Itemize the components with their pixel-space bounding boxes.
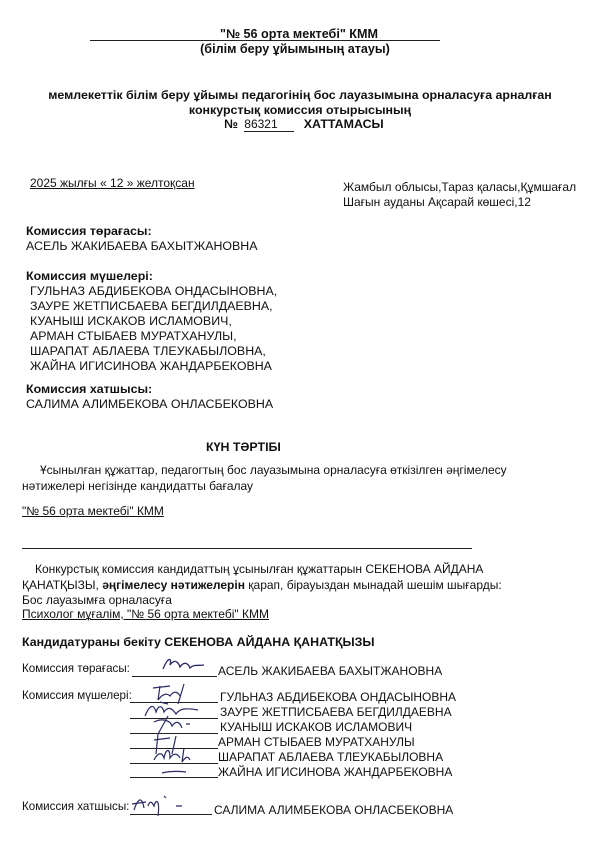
decision-line2: ҚАНАТҚЫЗЫ, әңгімелесу нәтижелерін қарап,…	[22, 578, 502, 592]
decision-separator	[22, 548, 472, 549]
decision-verb: қарап, бірауыздан мынадай шешім шығарды:	[245, 578, 502, 592]
secretary-label: Комиссия хатшысы:	[26, 382, 152, 396]
sig-member-2-name: ЗАУРЕ ЖЕТПИСБАЕВА БЕГДИЛДАЕВНА	[220, 705, 452, 719]
sig-members-label: Комиссия мүшелері:	[22, 689, 132, 702]
signature-member-6-icon	[160, 766, 200, 780]
member-1: ГУЛЬНАЗ АБДИБЕКОВА ОНДАСЫНОВНА,	[30, 284, 277, 298]
address-line1: Жамбыл облысы,Тараз қаласы,Құмшағал	[343, 180, 576, 194]
member-3: КУАНЫШ ИСКАКОВ ИСЛАМОВИЧ,	[30, 314, 232, 328]
member-4: АРМАН СТЫБАЕВ МУРАТХАНУЛЫ,	[30, 329, 237, 343]
agenda-text-line2: нәтижелері негізінде кандидатты бағалау	[22, 479, 253, 493]
meeting-date: 2025 жылғы « 12 » желтоқсан	[30, 176, 195, 190]
title-line1: мемлекеттік білім беру ұйымы педагогінің…	[0, 88, 600, 102]
members-label: Комиссия мүшелері:	[26, 269, 153, 283]
member-5: ШАРАПАТ АБЛАЕВА ТЛЕУКАБЫЛОВНА,	[30, 344, 266, 358]
sig-secretary-name: САЛИМА АЛИМБЕКОВА ОНЛАСБЕКОВНА	[214, 803, 453, 817]
address-line2: Шағын ауданы Ақсарай көшесі,12	[343, 195, 531, 209]
sig-member-6-name: ЖАЙНА ИГИСИНОВА ЖАНДАРБЕКОВНА	[218, 765, 452, 779]
interview-results: әңгімелесу нәтижелерін	[102, 578, 245, 592]
member-2: ЗАУРЕ ЖЕТПИСБАЕВА БЕГДИЛДАЕВНА,	[30, 299, 273, 313]
sig-member-1-name: ГУЛЬНАЗ АБДИБЕКОВА ОНДАСЫНОВНА	[220, 690, 456, 704]
agenda-heading: КҮН ТӘРТІБІ	[206, 440, 281, 454]
sig-member-5-name: ШАРАПАТ АБЛАЕВА ТЛЕУКАБЫЛОВНА	[218, 750, 443, 764]
sig-chair-name: АСЕЛЬ ЖАКИБАЕВА БАХЫТЖАНОВНА	[218, 664, 442, 678]
sig-member-4-name: АРМАН СТЫБАЕВ МУРАТХАНУЛЫ	[218, 735, 415, 749]
title-line2: конкурстық комиссия отырысының	[0, 103, 600, 117]
chair-name: АСЕЛЬ ЖАКИБАЕВА БАХЫТЖАНОВНА	[26, 239, 258, 253]
decision-line3: Бос лауазымға орналасуға	[22, 593, 172, 607]
sig-member-3-name: КУАНЫШ ИСКАКОВ ИСЛАМОВИЧ	[220, 720, 412, 734]
candidate-patronymic: ҚАНАТҚЫЗЫ,	[22, 578, 102, 592]
org-name: "№ 56 орта мектебі" КММ	[220, 27, 378, 41]
sig-chair-label: Комиссия төрағасы:	[22, 662, 130, 675]
agenda-org: "№ 56 орта мектебі" КММ	[22, 504, 164, 518]
protocol-title: ХАТТАМАСЫ	[304, 117, 384, 131]
protocol-number: 86321	[244, 117, 294, 132]
signature-secretary-icon	[130, 792, 200, 823]
approval-statement: Кандидатураны бекіту СЕКЕНОВА АЙДАНА ҚАН…	[22, 635, 375, 649]
sig-secretary-label: Комиссия хатшысы:	[22, 800, 129, 813]
position-title: Психолог мұғалім, "№ 56 орта мектебі" КМ…	[22, 607, 269, 621]
secretary-name: САЛИМА АЛИМБЕКОВА ОНЛАСБЕКОВНА	[26, 397, 273, 411]
member-6: ЖАЙНА ИГИСИНОВА ЖАНДАРБЕКОВНА	[30, 359, 272, 373]
signature-chair-icon	[160, 655, 210, 678]
decision-line1: Конкурстық комиссия кандидаттың ұсынылға…	[35, 562, 483, 576]
agenda-text-line1: Ұсынылған құжаттар, педагогтың бос лауаз…	[40, 463, 507, 477]
number-prefix: №	[224, 117, 238, 131]
org-caption: (білім беру ұйымының атауы)	[200, 42, 390, 56]
title-line3: № 86321 ХАТТАМАСЫ	[224, 117, 384, 132]
chair-label: Комиссия төрағасы:	[26, 224, 152, 238]
